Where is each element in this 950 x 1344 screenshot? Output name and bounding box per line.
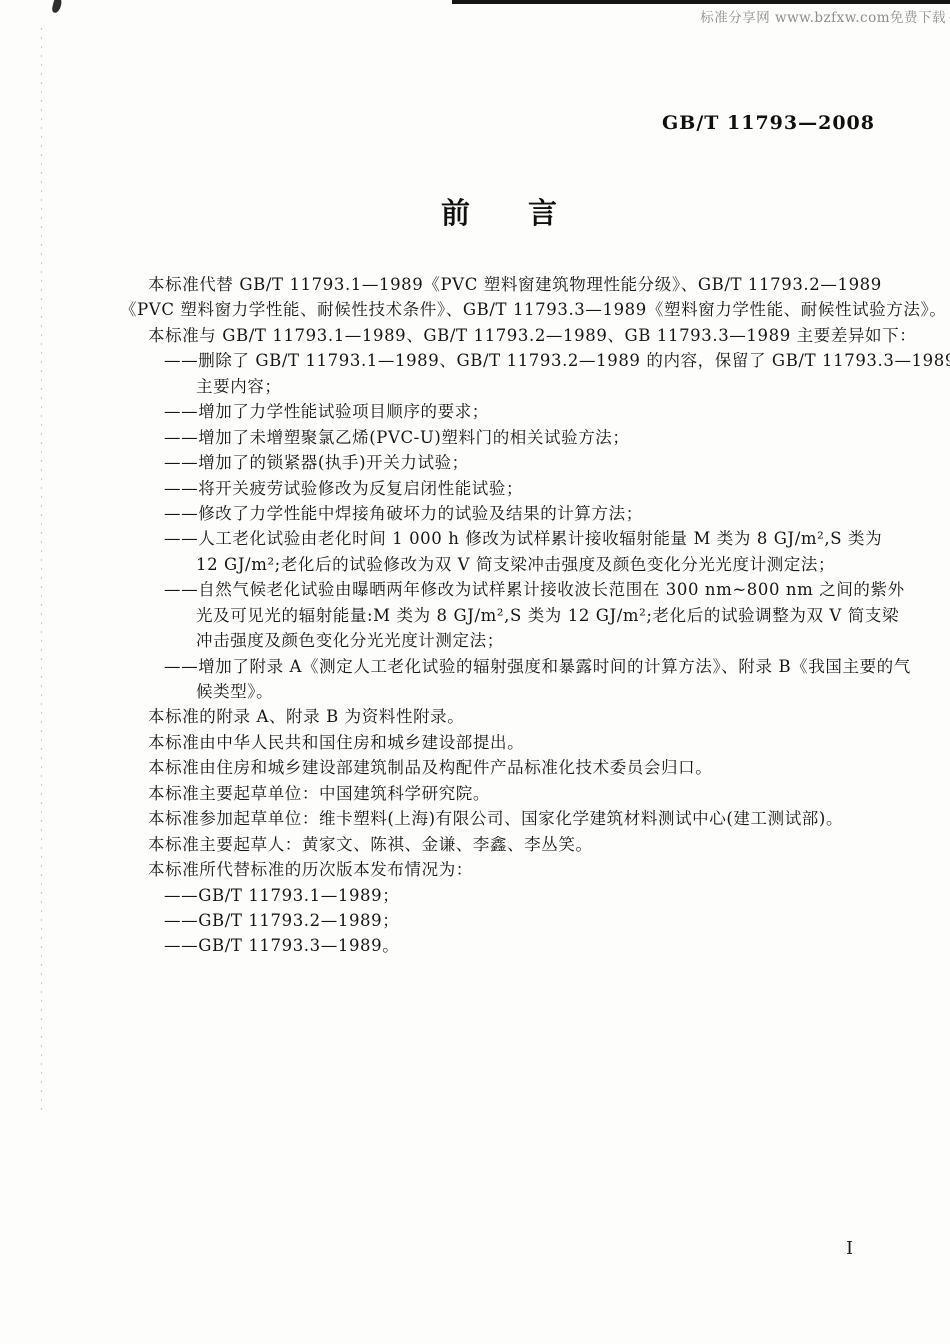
body-line: 《PVC 塑料窗力学性能、耐候性技术条件》、GB/T 11793.3—1989《…	[120, 297, 890, 322]
document-page: 标准分享网 www.bzfxw.com免费下载 GB/T 11793—2008 …	[0, 0, 950, 1344]
body-line: ——增加了力学性能试验项目顺序的要求；	[164, 399, 890, 424]
body-line: ——GB/T 11793.1—1989；	[164, 883, 890, 908]
page-number: I	[846, 1238, 853, 1259]
body-line: 本标准由住房和城乡建设部建筑制品及构配件产品标准化技术委员会归口。	[148, 755, 890, 780]
body-line: 本标准代替 GB/T 11793.1—1989《PVC 塑料窗建筑物理性能分级》…	[148, 272, 890, 297]
body-lines: 本标准代替 GB/T 11793.1—1989《PVC 塑料窗建筑物理性能分级》…	[120, 272, 890, 959]
body-line: 本标准所代替标准的历次版本发布情况为：	[148, 857, 890, 882]
body-line: 本标准主要起草人：黄家文、陈祺、金谦、李鑫、李丛笑。	[148, 832, 890, 857]
body-line: ——删除了 GB/T 11793.1—1989、GB/T 11793.2—198…	[164, 348, 890, 373]
body-line: ——自然气候老化试验由曝晒两年修改为试样累计接收波长范围在 300 nm~800…	[164, 577, 890, 602]
body-line: ——增加了附录 A《测定人工老化试验的辐射强度和暴露时间的计算方法》、附录 B《…	[164, 654, 890, 679]
body-line: ——增加了的锁紧器(执手)开关力试验；	[164, 450, 890, 475]
body-line: 光及可见光的辐射能量:M 类为 8 GJ/m²,S 类为 12 GJ/m²;老化…	[196, 603, 890, 628]
watermark-text: 标准分享网 www.bzfxw.com免费下载	[700, 6, 946, 26]
body-line: 本标准的附录 A、附录 B 为资料性附录。	[148, 704, 890, 729]
body-line: 本标准参加起草单位：维卡塑料(上海)有限公司、国家化学建筑材料测试中心(建工测试…	[148, 806, 890, 831]
scan-left-artifacts	[41, 28, 42, 1113]
body-line: 本标准由中华人民共和国住房和城乡建设部提出。	[148, 730, 890, 755]
body-line: ——GB/T 11793.3—1989。	[164, 933, 890, 958]
page-title: 前 言	[120, 191, 878, 232]
body-line: ——修改了力学性能中焊接角破坏力的试验及结果的计算方法；	[164, 501, 890, 526]
body-line: 冲击强度及颜色变化分光光度计测定法；	[196, 628, 890, 653]
scan-edge-line	[452, 0, 950, 4]
body-line: 候类型》。	[196, 679, 890, 704]
body-line: ——将开关疲劳试验修改为反复启闭性能试验；	[164, 476, 890, 501]
standard-code: GB/T 11793—2008	[662, 112, 875, 134]
body-line: 主要内容；	[196, 374, 890, 399]
body-line: ——增加了未增塑聚氯乙烯(PVC-U)塑料门的相关试验方法；	[164, 425, 890, 450]
scan-corner-artifact	[51, 0, 63, 14]
body-line: ——人工老化试验由老化时间 1 000 h 修改为试样累计接收辐射能量 M 类为…	[164, 526, 890, 551]
body-line: 本标准主要起草单位：中国建筑科学研究院。	[148, 781, 890, 806]
body-line: ——GB/T 11793.2—1989；	[164, 908, 890, 933]
body-line: 本标准与 GB/T 11793.1—1989、GB/T 11793.2—1989…	[148, 323, 890, 348]
body-line: 12 GJ/m²;老化后的试验修改为双 V 简支梁冲击强度及颜色变化分光光度计测…	[196, 552, 890, 577]
